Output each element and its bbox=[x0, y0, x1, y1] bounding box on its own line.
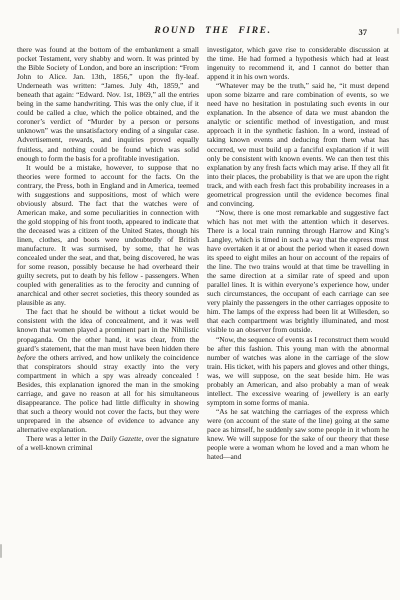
body-text: investigator, which gave rise to conside… bbox=[207, 45, 389, 81]
book-page: ROUND THE FIRE. 37 there was found at th… bbox=[0, 0, 400, 600]
body-text: “Whatever may be the truth,” said he, “i… bbox=[207, 81, 389, 208]
italic-text: Daily Gazette bbox=[100, 434, 141, 443]
running-header-title: ROUND THE FIRE. bbox=[0, 26, 400, 36]
paragraph: “Whatever may be the truth,” said he, “i… bbox=[207, 81, 389, 208]
body-text: “As he sat watching the carriages of the… bbox=[207, 407, 389, 461]
paragraph: The fact that he should be without a tic… bbox=[17, 307, 199, 434]
body-text: It would be a mistake, however, to suppo… bbox=[17, 163, 199, 308]
paragraph: “As he sat watching the carriages of the… bbox=[207, 407, 389, 461]
paragraph: “Now, there is one most remarkable and s… bbox=[207, 208, 389, 335]
body-text: The fact that he should be without a tic… bbox=[17, 307, 199, 352]
page-header: ROUND THE FIRE. 37 bbox=[0, 26, 400, 40]
body-text: There was a letter in the bbox=[26, 434, 100, 443]
page-number: 37 bbox=[359, 27, 368, 37]
body-text: “Now, the sequence of events as I recons… bbox=[207, 335, 389, 407]
paragraph: There was a letter in the Daily Gazette,… bbox=[17, 434, 199, 452]
scan-artifact-left-edge bbox=[0, 544, 2, 558]
paragraph: “Now, the sequence of events as I recons… bbox=[207, 335, 389, 407]
paragraph: It would be a mistake, however, to suppo… bbox=[17, 163, 199, 308]
body-text: “Now, there is one most remarkable and s… bbox=[207, 208, 389, 335]
scan-artifact-right-edge bbox=[397, 28, 399, 34]
text-column-right: investigator, which gave rise to conside… bbox=[207, 45, 389, 461]
italic-text: before bbox=[17, 353, 36, 362]
paragraph: there was found at the bottom of the emb… bbox=[17, 45, 199, 163]
body-text: the others arrived, and how unlikely the… bbox=[17, 353, 199, 434]
text-column-left: there was found at the bottom of the emb… bbox=[17, 45, 199, 461]
paragraph: investigator, which gave rise to conside… bbox=[207, 45, 389, 81]
two-column-text-body: there was found at the bottom of the emb… bbox=[17, 45, 389, 461]
body-text: there was found at the bottom of the emb… bbox=[17, 45, 199, 163]
